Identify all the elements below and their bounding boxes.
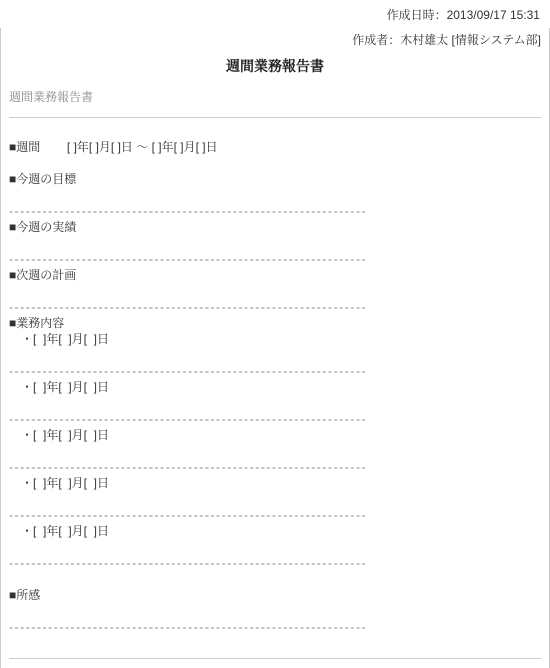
date-field-line: ・[ ]年[ ]月[ ]日	[9, 331, 541, 347]
dashed-divider: ----------------------------------------…	[9, 363, 541, 379]
dashed-divider: ----------------------------------------…	[9, 411, 541, 427]
report-body: ■週間 [ ]年[ ]月[ ]日 ～ [ ]年[ ]月[ ]日 ■今週の目標 -…	[9, 139, 541, 667]
dashed-divider: ----------------------------------------…	[9, 507, 541, 523]
blank-line	[9, 395, 541, 411]
section-heading: ■所感	[9, 587, 541, 603]
author-line: 作成者：木村雄太 [情報システム部]	[9, 33, 541, 48]
week-range-field-line: ■週間 [ ]年[ ]月[ ]日 ～ [ ]年[ ]月[ ]日	[9, 139, 541, 155]
blank-line	[9, 155, 541, 171]
blank-line	[9, 635, 541, 651]
bottom-rule	[9, 658, 541, 659]
report-title: 週間業務報告書	[9, 56, 541, 76]
dashed-divider: ----------------------------------------…	[9, 459, 541, 475]
dashed-divider: ----------------------------------------…	[9, 555, 541, 571]
section-heading: ■今週の実績	[9, 219, 541, 235]
date-field-line: ・[ ]年[ ]月[ ]日	[9, 523, 541, 539]
date-field-line: ・[ ]年[ ]月[ ]日	[9, 427, 541, 443]
creation-datetime: 作成日時：2013/09/17 15:31	[0, 0, 550, 28]
blank-line	[9, 187, 541, 203]
section-heading: ■今週の目標	[9, 171, 541, 187]
title-divider	[9, 117, 541, 118]
section-heading: ■次週の計画	[9, 267, 541, 283]
dashed-divider: ----------------------------------------…	[9, 203, 541, 219]
report-subtitle: 週間業務報告書	[9, 90, 541, 105]
bottom-rule-slot	[9, 651, 541, 667]
blank-line	[9, 539, 541, 555]
blank-line	[9, 603, 541, 619]
dashed-divider: ----------------------------------------…	[9, 299, 541, 315]
section-heading: ■業務内容	[9, 315, 541, 331]
date-field-line: ・[ ]年[ ]月[ ]日	[9, 379, 541, 395]
blank-line	[9, 443, 541, 459]
report-preview-page: { "meta": { "created_at": "作成日時：2013/09/…	[0, 0, 550, 668]
date-field-line: ・[ ]年[ ]月[ ]日	[9, 475, 541, 491]
blank-line	[9, 235, 541, 251]
blank-line	[9, 283, 541, 299]
blank-line	[9, 571, 541, 587]
blank-line	[9, 347, 541, 363]
blank-line	[9, 491, 541, 507]
report-frame: 作成者：木村雄太 [情報システム部] 週間業務報告書 週間業務報告書 ■週間 […	[0, 28, 550, 668]
dashed-divider: ----------------------------------------…	[9, 251, 541, 267]
dashed-divider: ----------------------------------------…	[9, 619, 541, 635]
